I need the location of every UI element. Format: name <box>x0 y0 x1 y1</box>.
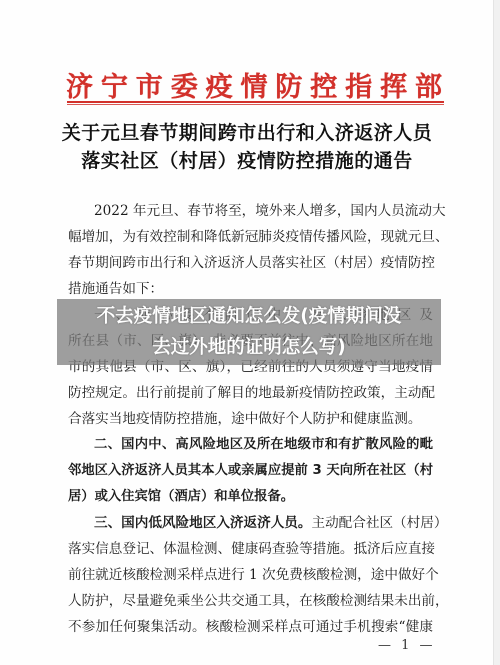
masthead-rule <box>67 101 444 103</box>
section-1-line: 防控规定。出行前提前了解目的地最新疫情防控政策，主动配 <box>68 380 433 406</box>
section-3-line: 落实信息登记、体温检测、健康码查验等措施。抵济后应直接 <box>68 536 433 562</box>
document-title-line-1: 关于元旦春节期间跨市出行和入济返济人员 <box>0 119 494 147</box>
section-2-line: 居）或入住宾馆（酒店）和单位报备。 <box>68 484 433 510</box>
section-2-line: 邻地区入济返济人员其本人或亲属应提前 3 天向所在社区（村 <box>68 458 433 484</box>
section-1-line: 合落实当地疫情防控措施，途中做好个人防护和健康监测。 <box>68 406 433 432</box>
masthead-rule-thin <box>67 104 444 105</box>
section-3-heading: 三、国内低风险地区入济返济人员。 <box>94 515 312 531</box>
caption-text: 不去疫情地区通知怎么发(疫情期间没 去过外地的证明怎么写) <box>57 301 441 363</box>
caption-line-2: 去过外地的证明怎么写) <box>57 332 441 363</box>
page-number: — 1 — <box>378 638 436 653</box>
intro-line: 春节期间跨市出行和入济返济人员落实社区（村居）疫情防控 <box>68 250 433 276</box>
section-2-line: 二、国内中、高风险地区及所在地级市和有扩散风险的毗 <box>68 432 433 458</box>
section-3-line: 人防护，尽量避免乘坐公共交通工具，在核酸检测结果未出前， <box>68 588 433 614</box>
intro-paragraph: 2022 年元旦、春节将至，境外来人增多，国内人员流动大 幅增加，为有效控制和降… <box>68 198 433 302</box>
section-2-paragraph: 二、国内中、高风险地区及所在地级市和有扩散风险的毗 邻地区入济返济人员其本人或亲… <box>68 432 433 510</box>
issuer-masthead: 济宁市委疫情防控指挥部 <box>66 72 444 104</box>
document-title-line-2: 落实社区（村居）疫情防控措施的通告 <box>0 147 494 175</box>
section-3-line: 前往就近核酸检测采样点进行 1 次免费核酸检测，途中做好个 <box>68 562 433 588</box>
section-3-line: 三、国内低风险地区入济返济人员。主动配合社区（村居） <box>68 510 433 536</box>
section-3-paragraph: 三、国内低风险地区入济返济人员。主动配合社区（村居） 落实信息登记、体温检测、健… <box>68 510 433 640</box>
caption-line-1: 不去疫情地区通知怎么发(疫情期间没 <box>57 301 441 332</box>
page-edge <box>493 0 500 665</box>
intro-line: 2022 年元旦、春节将至，境外来人增多，国内人员流动大 <box>68 198 433 224</box>
section-3-heading-rest: 主动配合社区（村居） <box>312 515 448 531</box>
intro-line: 幅增加，为有效控制和降低新冠肺炎疫情传播风险，现就元旦、 <box>68 224 433 250</box>
section-3-line: 不参加任何聚集活动。核酸检测采样点可通过手机搜索“健康 <box>68 614 433 640</box>
